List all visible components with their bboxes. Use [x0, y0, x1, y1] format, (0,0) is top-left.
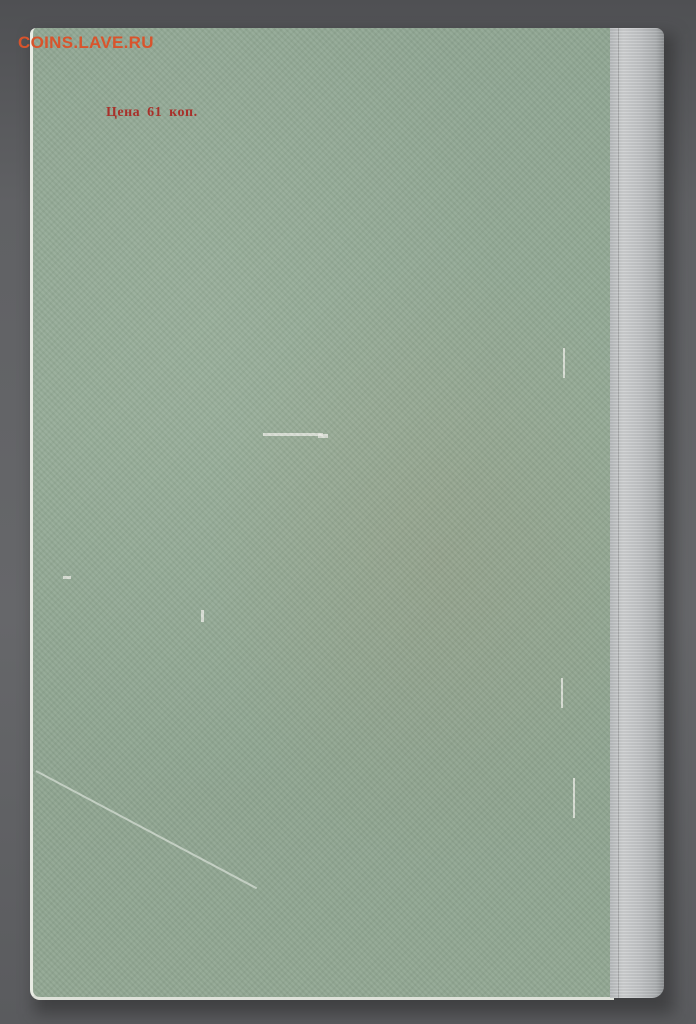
wear-mark	[573, 778, 575, 818]
wear-mark	[263, 433, 323, 436]
wear-mark	[201, 610, 204, 622]
wear-mark	[318, 434, 328, 438]
book-back-cover	[30, 28, 614, 1000]
wear-mark	[63, 576, 71, 579]
wear-mark	[561, 678, 563, 708]
price-label: Цена 61 коп.	[106, 105, 198, 121]
watermark-text: COINS.LAVE.RU	[18, 33, 154, 53]
book-spine	[610, 28, 664, 998]
wear-mark	[563, 348, 565, 378]
